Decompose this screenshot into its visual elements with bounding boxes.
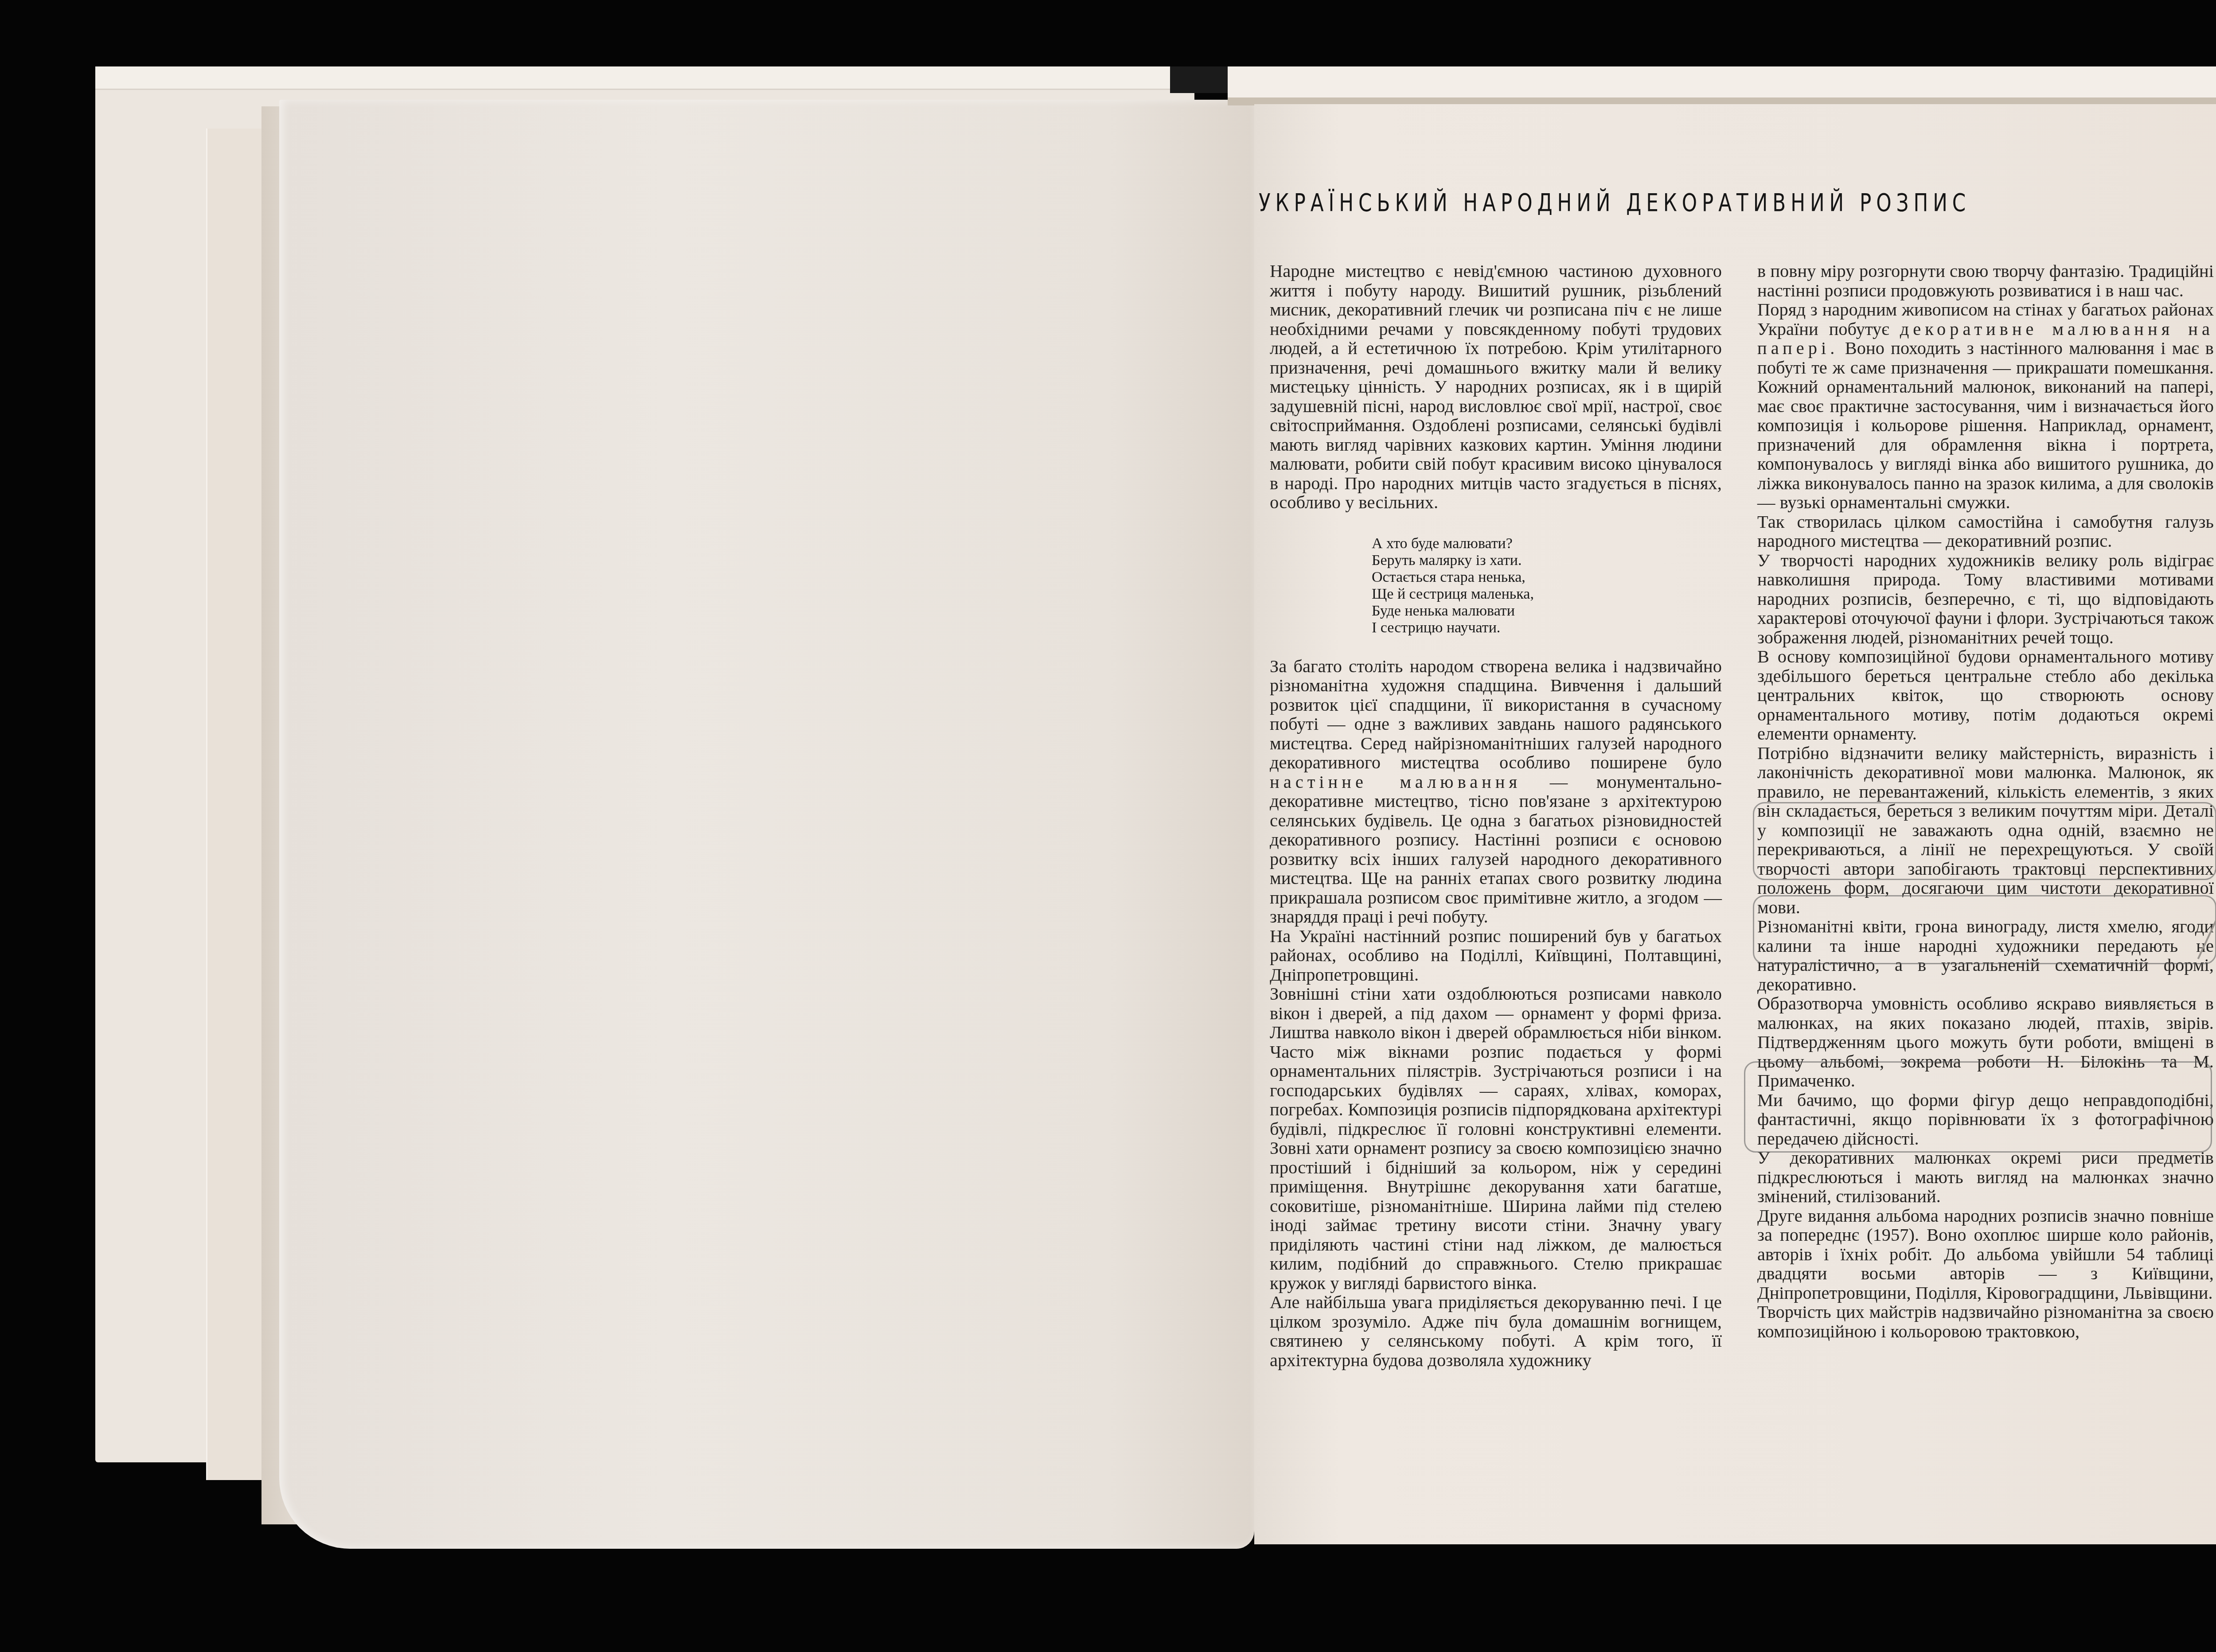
- text-run: Воно походить з настінного малювання і м…: [1757, 338, 2214, 512]
- paragraph: Друге видання альбома народних розписів …: [1757, 1206, 2214, 1303]
- left-page-blank[interactable]: [279, 100, 1254, 1549]
- right-page-top-edge: [1228, 66, 2216, 105]
- page-title: УКРАЇНСЬКИЙ НАРОДНИЙ ДЕКОРАТИВНИЙ РОЗПИС: [1259, 188, 2019, 217]
- paragraph: Але найбільша увага приділяється декорув…: [1270, 1293, 1722, 1370]
- paragraph: За багато століть народом створена велик…: [1270, 657, 1722, 927]
- text-run: За багато століть народом створена велик…: [1270, 656, 1722, 773]
- paragraph: в повну міру розгорнути свою творчу фант…: [1757, 261, 2214, 300]
- folk-song-quote: А хто буде малювати? Беруть малярку із х…: [1372, 535, 1722, 636]
- back-cover-top-edge: [95, 66, 1194, 90]
- emphasized-term: настінне малювання: [1270, 772, 1521, 792]
- pencil-circle-annotation: [1753, 895, 2216, 964]
- paragraph: В основу композиційної будови орнаментал…: [1757, 647, 2214, 744]
- text-column-left: Народне мистецтво є невід'ємною частиною…: [1270, 261, 1722, 1370]
- paragraph: Зовнішні стіни хати оздоблюються розписа…: [1270, 984, 1722, 1293]
- pencil-circle-annotation: [1753, 802, 2216, 880]
- paragraph: На Україні настінний розпис поширений бу…: [1270, 927, 1722, 985]
- text-column-right: в повну міру розгорнути свою творчу фант…: [1757, 261, 2214, 1341]
- paragraph: Так створилась цілком самостійна і самоб…: [1757, 512, 2214, 551]
- pencil-circle-annotation: [1744, 1061, 2212, 1153]
- paragraph: Творчість цих майстрів надзвичайно різно…: [1757, 1302, 2214, 1341]
- text-run: — монументально-декоративне мистецтво, т…: [1270, 772, 1722, 927]
- paragraph: У декоративних малюнках окремі риси пред…: [1757, 1148, 2214, 1206]
- paragraph: У творчості народних художників велику р…: [1757, 551, 2214, 647]
- paragraph: Народне мистецтво є невід'ємною частиною…: [1270, 261, 1722, 512]
- paragraph: Поряд з народним живописом на стінах у б…: [1757, 300, 2214, 512]
